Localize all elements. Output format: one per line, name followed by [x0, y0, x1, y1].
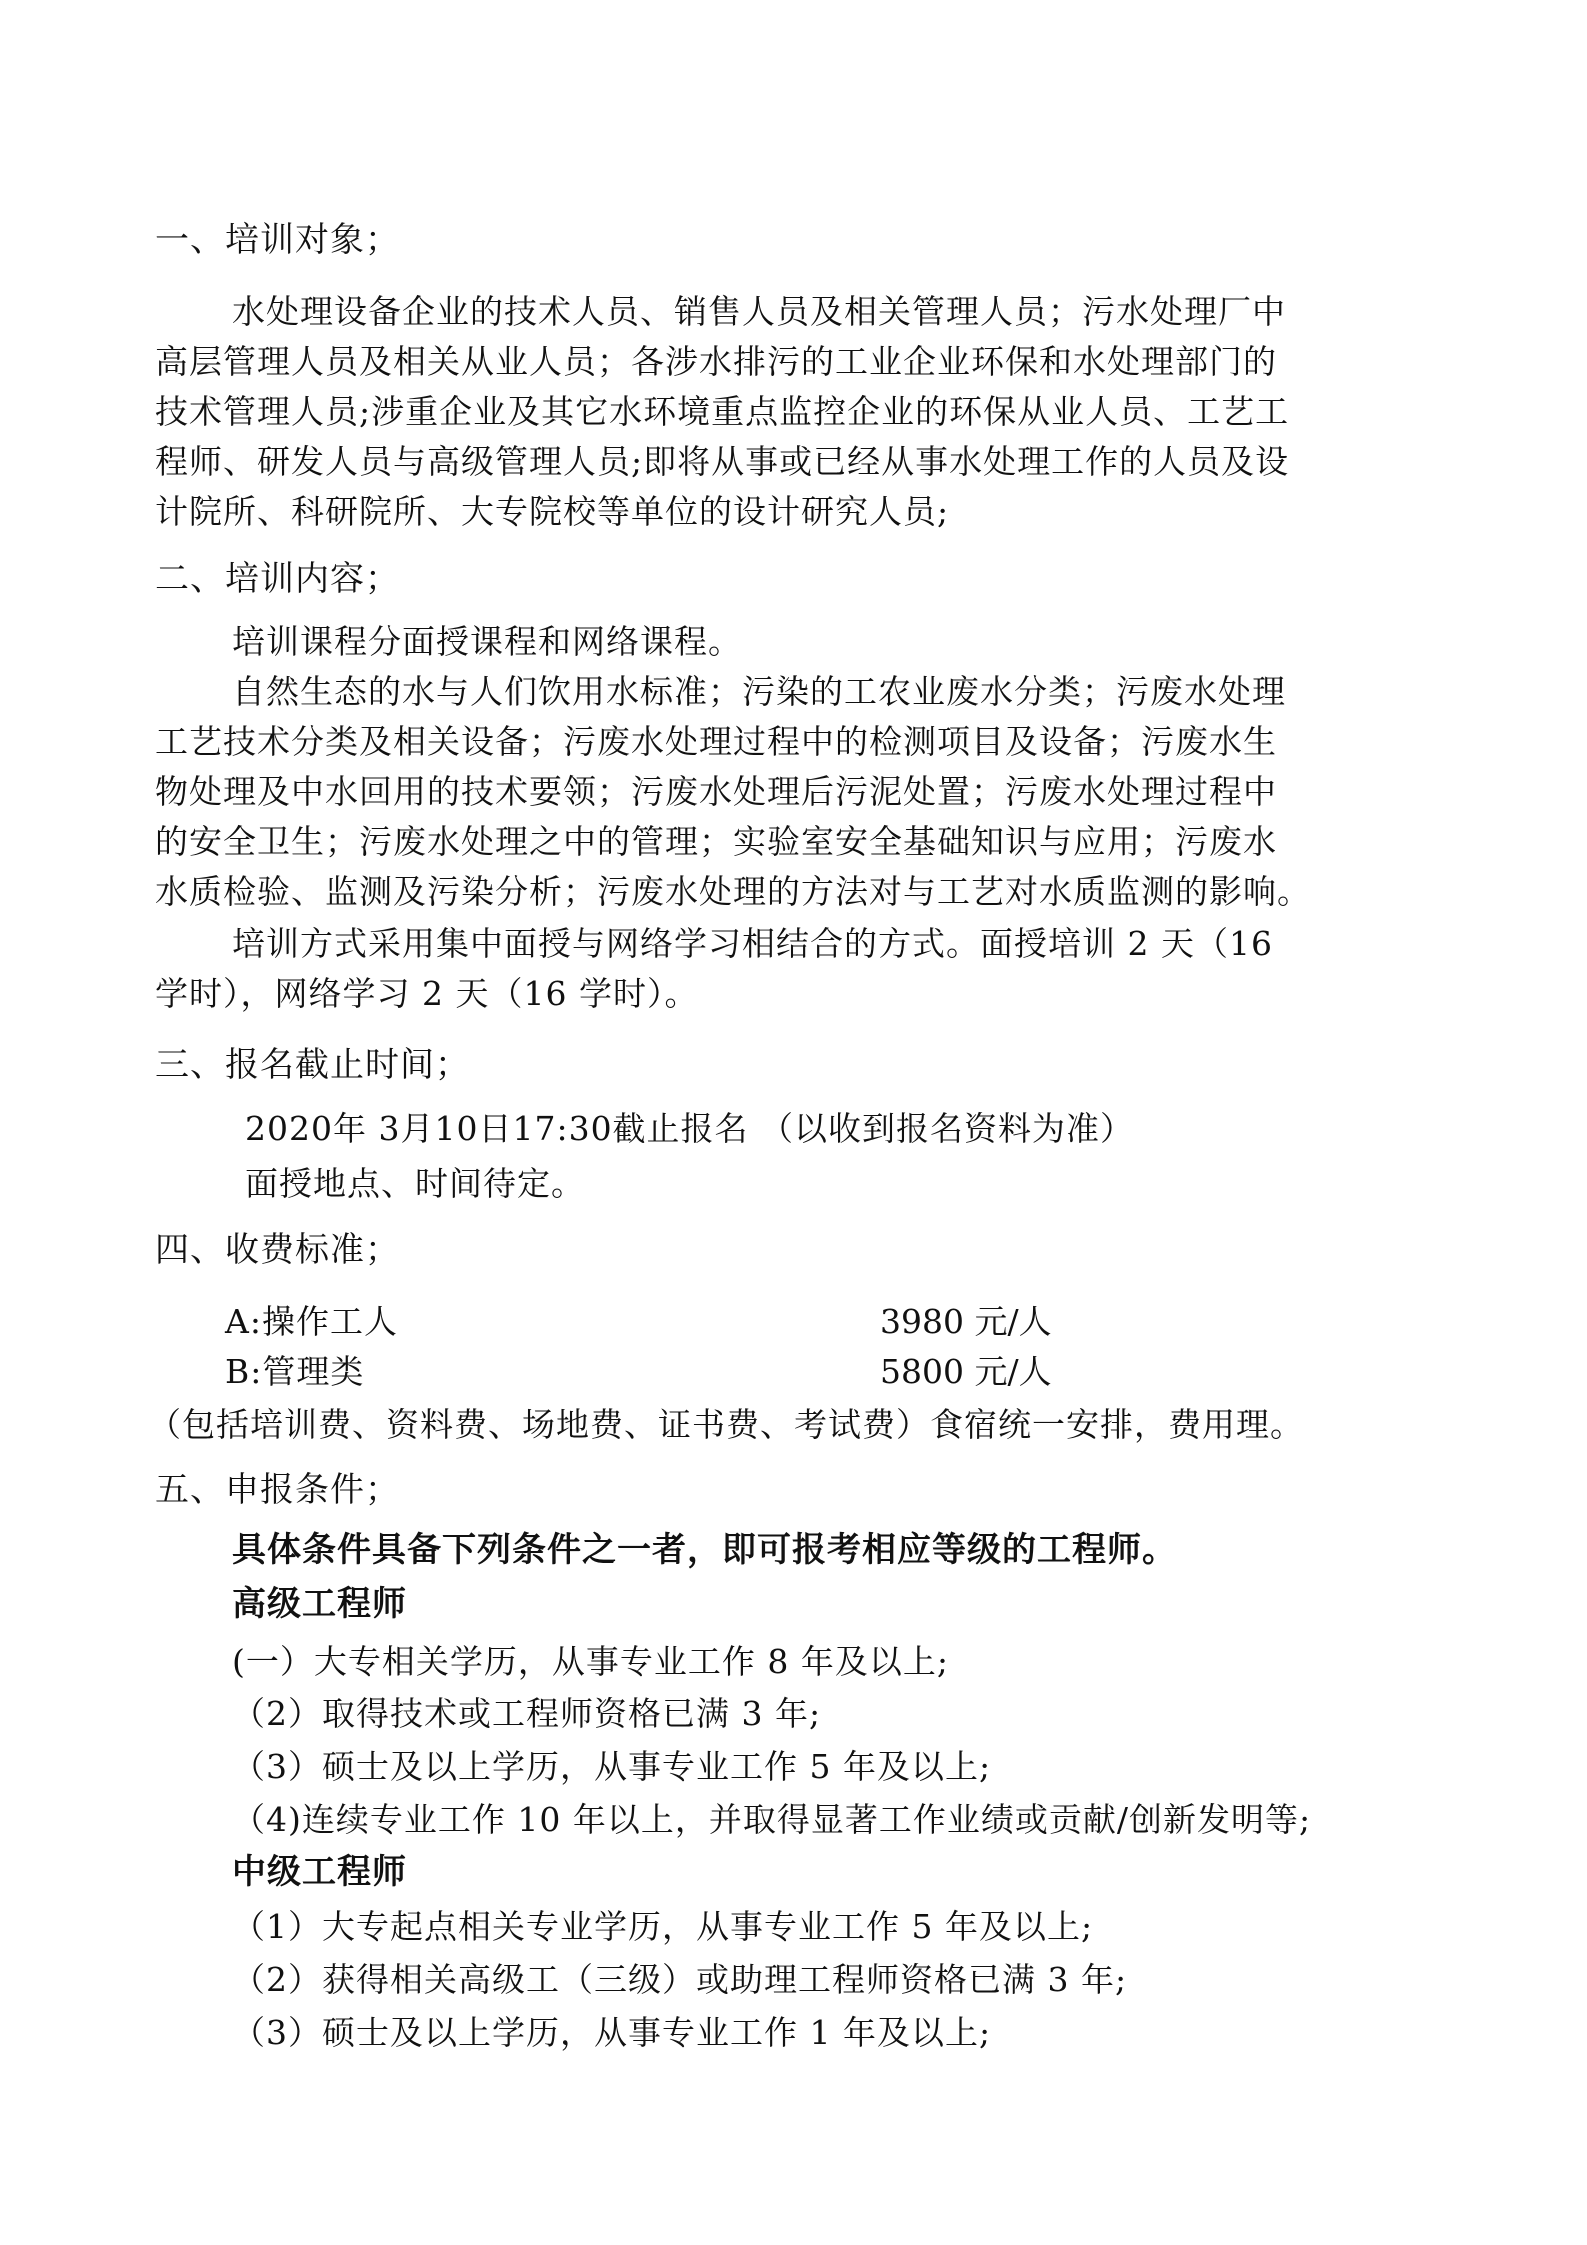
paragraph-line: 自然生态的水与人们饮用水标准；污染的工农业废水分类；污废水处理 [232, 670, 1286, 714]
fee-category-a: A:操作工人 [225, 1300, 398, 1344]
condition-item: （1）大专起点相关专业学历，从事专业工作 5 年及以上; [232, 1905, 1093, 1949]
section-heading-application-conditions: 五、申报条件； [155, 1468, 400, 1512]
section-heading-training-targets: 一、培训对象； [155, 218, 400, 262]
fee-amount-a: 3980 元/人 [880, 1300, 1052, 1344]
paragraph-line: 水处理设备企业的技术人员、销售人员及相关管理人员；污水处理厂中 [232, 290, 1286, 334]
condition-item: （4)连续专业工作 10 年以上，并取得显著工作业绩或贡献/创新发明等; [232, 1798, 1311, 1842]
condition-item: （3）硕士及以上学历，从事专业工作 5 年及以上; [232, 1745, 991, 1789]
paragraph-line: 的安全卫生；污废水处理之中的管理；实验室安全基础知识与应用；污废水 [155, 820, 1277, 864]
location-text: 面授地点、时间待定。 [245, 1162, 585, 1206]
paragraph-line: 培训课程分面授课程和网络课程。 [232, 620, 742, 664]
paragraph-line: 物处理及中水回用的技术要领；污废水处理后污泥处置；污废水处理过程中 [155, 770, 1277, 814]
condition-item: （3）硕士及以上学历，从事专业工作 1 年及以上; [232, 2011, 991, 2055]
condition-item: (一）大专相关学历，从事专业工作 8 年及以上; [232, 1640, 949, 1684]
fee-note: （包括培训费、资料费、场地费、证书费、考试费）食宿统一安排，费用理。 [148, 1403, 1304, 1447]
level-title-senior-engineer: 高级工程师 [232, 1582, 407, 1626]
paragraph-line: 工艺技术分类及相关设备；污废水处理过程中的检测项目及设备；污废水生 [155, 720, 1277, 764]
paragraph-line: 水质检验、监测及污染分析；污废水处理的方法对与工艺对水质监测的影响。 [155, 870, 1311, 914]
condition-item: （2）获得相关高级工（三级）或助理工程师资格已满 3 年; [232, 1958, 1127, 2002]
fee-category-b: B:管理类 [225, 1350, 364, 1394]
section-heading-fee-standard: 四、收费标准； [155, 1228, 400, 1272]
paragraph-line: 培训方式采用集中面授与网络学习相结合的方式。面授培训 2 天（16 [232, 922, 1273, 966]
paragraph-line: 技术管理人员;涉重企业及其它水环境重点监控企业的环保从业人员、工艺工 [155, 390, 1289, 434]
fee-amount-b: 5800 元/人 [880, 1350, 1052, 1394]
paragraph-line: 计院所、科研院所、大专院校等单位的设计研究人员; [155, 490, 949, 534]
paragraph-line: 程师、研发人员与高级管理人员;即将从事或已经从事水处理工作的人员及设 [155, 440, 1289, 484]
paragraph-line: 高层管理人员及相关从业人员；各涉水排污的工业企业环保和水处理部门的 [155, 340, 1277, 384]
document-page: 一、培训对象； 水处理设备企业的技术人员、销售人员及相关管理人员；污水处理厂中 … [0, 0, 1587, 2245]
level-title-intermediate-engineer: 中级工程师 [232, 1850, 407, 1894]
section-heading-registration-deadline: 三、报名截止时间； [155, 1043, 470, 1087]
paragraph-line: 学时），网络学习 2 天（16 学时）。 [155, 972, 698, 1016]
deadline-text: 2020年 3月10日17:30截止报名 （以收到报名资料为准） [245, 1107, 1134, 1151]
conditions-intro: 具体条件具备下列条件之一者，即可报考相应等级的工程师。 [232, 1528, 1177, 1572]
section-heading-training-content: 二、培训内容； [155, 557, 400, 601]
condition-item: （2）取得技术或工程师资格已满 3 年; [232, 1692, 821, 1736]
